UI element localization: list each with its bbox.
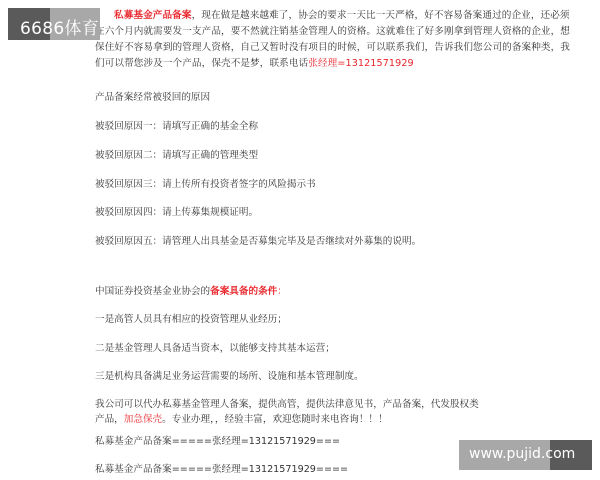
intro-title-highlight: 私募基金产品备案 [114, 10, 192, 21]
intro-paragraph: 私募基金产品备案，现在做是越来越难了，协会的要求一天比一天严格，好不容易备案通过… [95, 8, 575, 72]
services-line-2-prefix: 产品， [95, 414, 124, 425]
rejection-reason-4: 被驳回原因四：请上传募集规模证明。 [95, 206, 258, 220]
rejection-reason-1: 被驳回原因一：请填写正确的基金全称 [95, 120, 258, 134]
conditions-heading: 中国证券投资基金业协会的备案具备的条件： [95, 285, 287, 299]
watermark-bottom-right: www.pujid.com [459, 440, 592, 470]
footer-contact-line-1: 私募基金产品备案=====张经理=13121571929=== [95, 435, 340, 449]
article-body: 私募基金产品备案，现在做是越来越难了，协会的要求一天比一天严格，好不容易备案通过… [95, 8, 575, 72]
condition-item-2: 二是基金管理人具备适当资本，以能够支持其基本运营； [95, 342, 335, 356]
rejection-reason-2: 被驳回原因二：请填写正确的管理类型 [95, 149, 258, 163]
watermark-bottom-right-text: www.pujid.com [469, 446, 575, 462]
contact-highlight: 张经理=13121571929 [308, 58, 413, 69]
conditions-heading-suffix: ： [277, 286, 287, 297]
condition-item-3: 三是机构具备满足业务运营需要的场所、设施和基本管理制度。 [95, 370, 364, 384]
conditions-heading-prefix: 中国证券投资基金业协会的 [95, 286, 210, 297]
footer-contact-line-2: 私募基金产品备案=====张经理=13121571929==== [95, 463, 348, 477]
rejection-heading: 产品备案经常被驳回的原因 [95, 91, 210, 105]
services-line-2: 产品，加急保壳。专业办理，，经验丰富，欢迎您随时来电咨询！！！ [95, 413, 388, 427]
rejection-reason-5: 被驳回原因五：请管理人出具基金是否募集完毕及是否继续对外募集的说明。 [95, 235, 421, 249]
services-line-2-suffix: 。专业办理，，经验丰富，欢迎您随时来电咨询！！！ [162, 414, 387, 425]
conditions-heading-highlight: 备案具备的条件 [210, 286, 277, 297]
services-urgent-highlight: 加急保壳 [124, 414, 162, 425]
condition-item-1: 一是高管人员具有相应的投资管理从业经历； [95, 313, 287, 327]
services-line-1: 我公司可以代办私募基金管理人备案，提供高管，提供法律意见书，产品备案，代发股权类 [95, 398, 479, 412]
rejection-reason-3: 被驳回原因三：请上传所有投资者签字的风险揭示书 [95, 178, 316, 192]
watermark-top-left-text: 6686体育 [20, 14, 99, 39]
watermark-top-left: 6686体育 [8, 8, 100, 40]
